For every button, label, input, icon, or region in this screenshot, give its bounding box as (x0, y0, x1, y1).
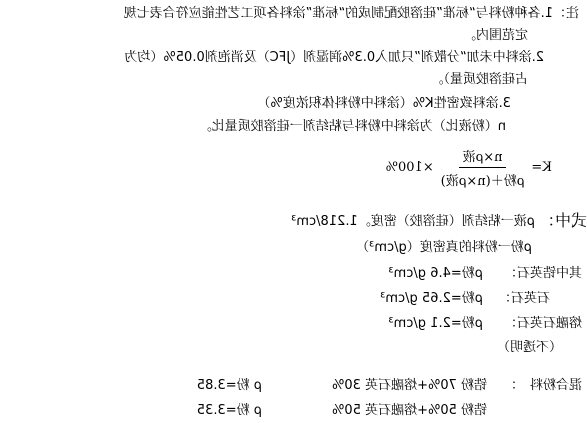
definitions-lead: 式中： (539, 213, 587, 229)
formula-denominator: ρ粉＋(n×ρ液) (437, 168, 529, 189)
document-page: 注：1.各种粉料与“标准”硅溶胶配制成的“标准”涂料各项工艺性能应符合表七规 定… (0, 0, 587, 423)
mix-row-1: 锆粉 70%+熔融石英 30% (332, 378, 487, 394)
quartz-value: ρ粉=2.65 g/cm³ (380, 291, 483, 307)
mix-row-2: 锆粉 50%+熔融石英 50% (332, 403, 487, 419)
formula-lhs: K= (531, 160, 552, 175)
note-3: 3.涂料致密性K%（涂料中粉料体积浓度%） (257, 96, 511, 112)
note-1-cont: 定范围内。 (463, 28, 528, 44)
formula-numerator: n×ρ液 (459, 146, 507, 168)
mixed-label: 混合粉料 ： (504, 378, 582, 394)
rho-powder-def: ρ粉一粉料的真密度（g/cm³） (356, 240, 532, 256)
note-2: 2.涂料中未加“分散剂”只加入0.3%润湿剂（JFC）及消泡剂0.05%（均为 (124, 50, 544, 66)
note-1: 注：1.各种粉料与“标准”硅溶胶配制成的“标准”涂料各项工艺性能应符合表七规 (124, 6, 579, 22)
fused-quartz-label: 熔融石英石： (504, 316, 582, 332)
k-formula: K= n×ρ液 ρ粉＋(n×ρ液) ×100% (386, 146, 552, 189)
opaque-note: （不透明） (497, 340, 562, 356)
mix-row-2-value: ρ 粉=3.35 (197, 403, 262, 419)
fused-quartz-value: ρ粉=2.1 g/cm³ (388, 316, 483, 332)
mix-row-1-value: ρ 粉=3.85 (197, 378, 262, 394)
zircon-value: ρ粉=4.6 g/cm³ (388, 266, 483, 282)
note-2-cont: 占硅溶胶质量）。 (430, 72, 528, 88)
note-4: n（粉液比）为涂料中粉料与粘结剂一硅溶胶质量比。 (199, 119, 506, 135)
rho-liquid-def: ρ液一粘结剂（硅溶胶）密度。1.218/cm³ (291, 214, 535, 230)
quartz-label: 石英石： (498, 291, 550, 307)
zircon-label: 其中锆英石： (504, 266, 582, 282)
formula-factor: ×100% (386, 160, 434, 175)
